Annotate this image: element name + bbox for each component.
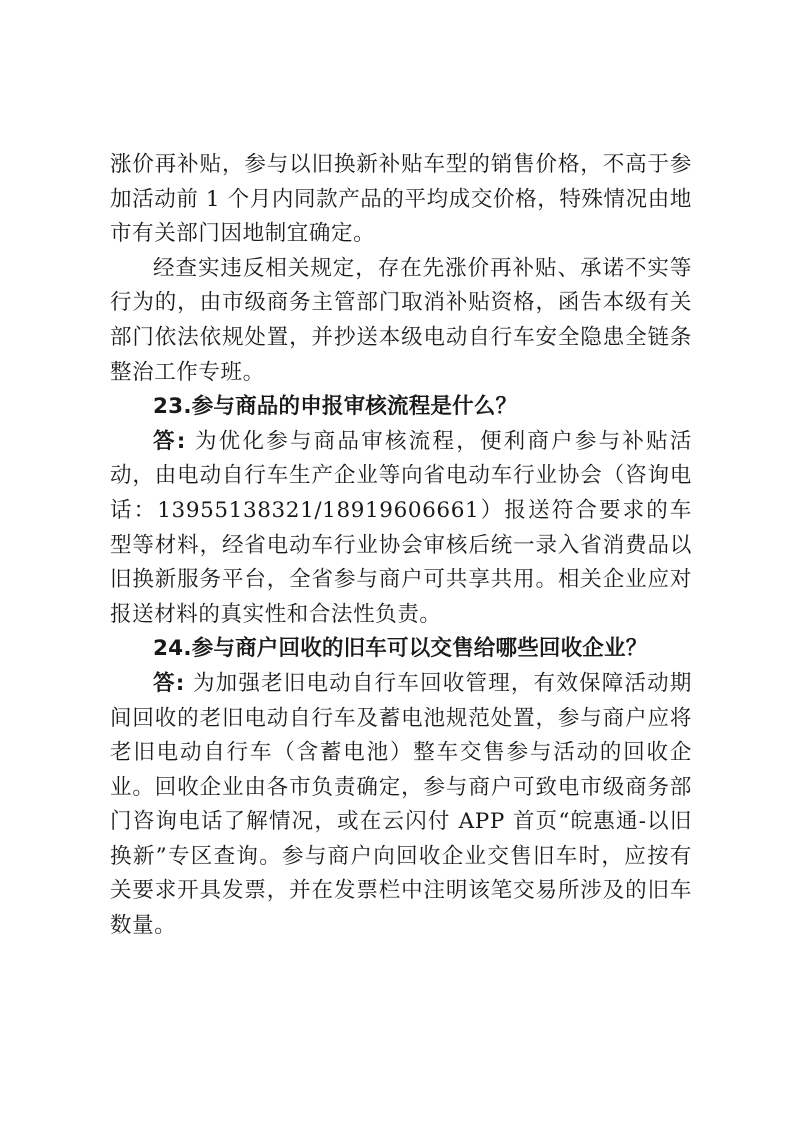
paragraph-price-rule: 涨价再补贴，参与以旧换新补贴车型的销售价格，不高于参加活动前 1 个月内同款产品…	[110, 148, 692, 252]
answer-23-text: 为优化参与商品审核流程，便利商户参与补贴活动，由电动自行车生产企业等向省电动车行…	[110, 429, 692, 627]
answer-24-text: 为加强老旧电动自行车回收管理，有效保障活动期间回收的老旧电动自行车及蓄电池规范处…	[110, 671, 692, 938]
question-23-number: 23.	[153, 394, 192, 419]
answer-23-paragraph: 答: 为优化参与商品审核流程，便利商户参与补贴活动，由电动自行车生产企业等向省电…	[110, 425, 692, 633]
question-23-heading: 23.参与商品的申报审核流程是什么？	[110, 390, 692, 425]
document-page: 涨价再补贴，参与以旧换新补贴车型的销售价格，不高于参加活动前 1 个月内同款产品…	[110, 148, 692, 944]
answer-23-label: 答:	[153, 429, 186, 454]
question-24-heading: 24.参与商户回收的旧车可以交售给哪些回收企业？	[110, 632, 692, 667]
question-23-text: 参与商品的申报审核流程是什么？	[192, 394, 518, 419]
answer-24-paragraph: 答: 为加强老旧电动自行车回收管理，有效保障活动期间回收的老旧电动自行车及蓄电池…	[110, 667, 692, 944]
paragraph-violation-handling: 经查实违反相关规定，存在先涨价再补贴、承诺不实等行为的，由市级商务主管部门取消补…	[110, 252, 692, 390]
question-24-number: 24.	[153, 636, 192, 661]
question-24-text: 参与商户回收的旧车可以交售给哪些回收企业？	[192, 636, 648, 661]
answer-24-label: 答:	[153, 671, 185, 696]
